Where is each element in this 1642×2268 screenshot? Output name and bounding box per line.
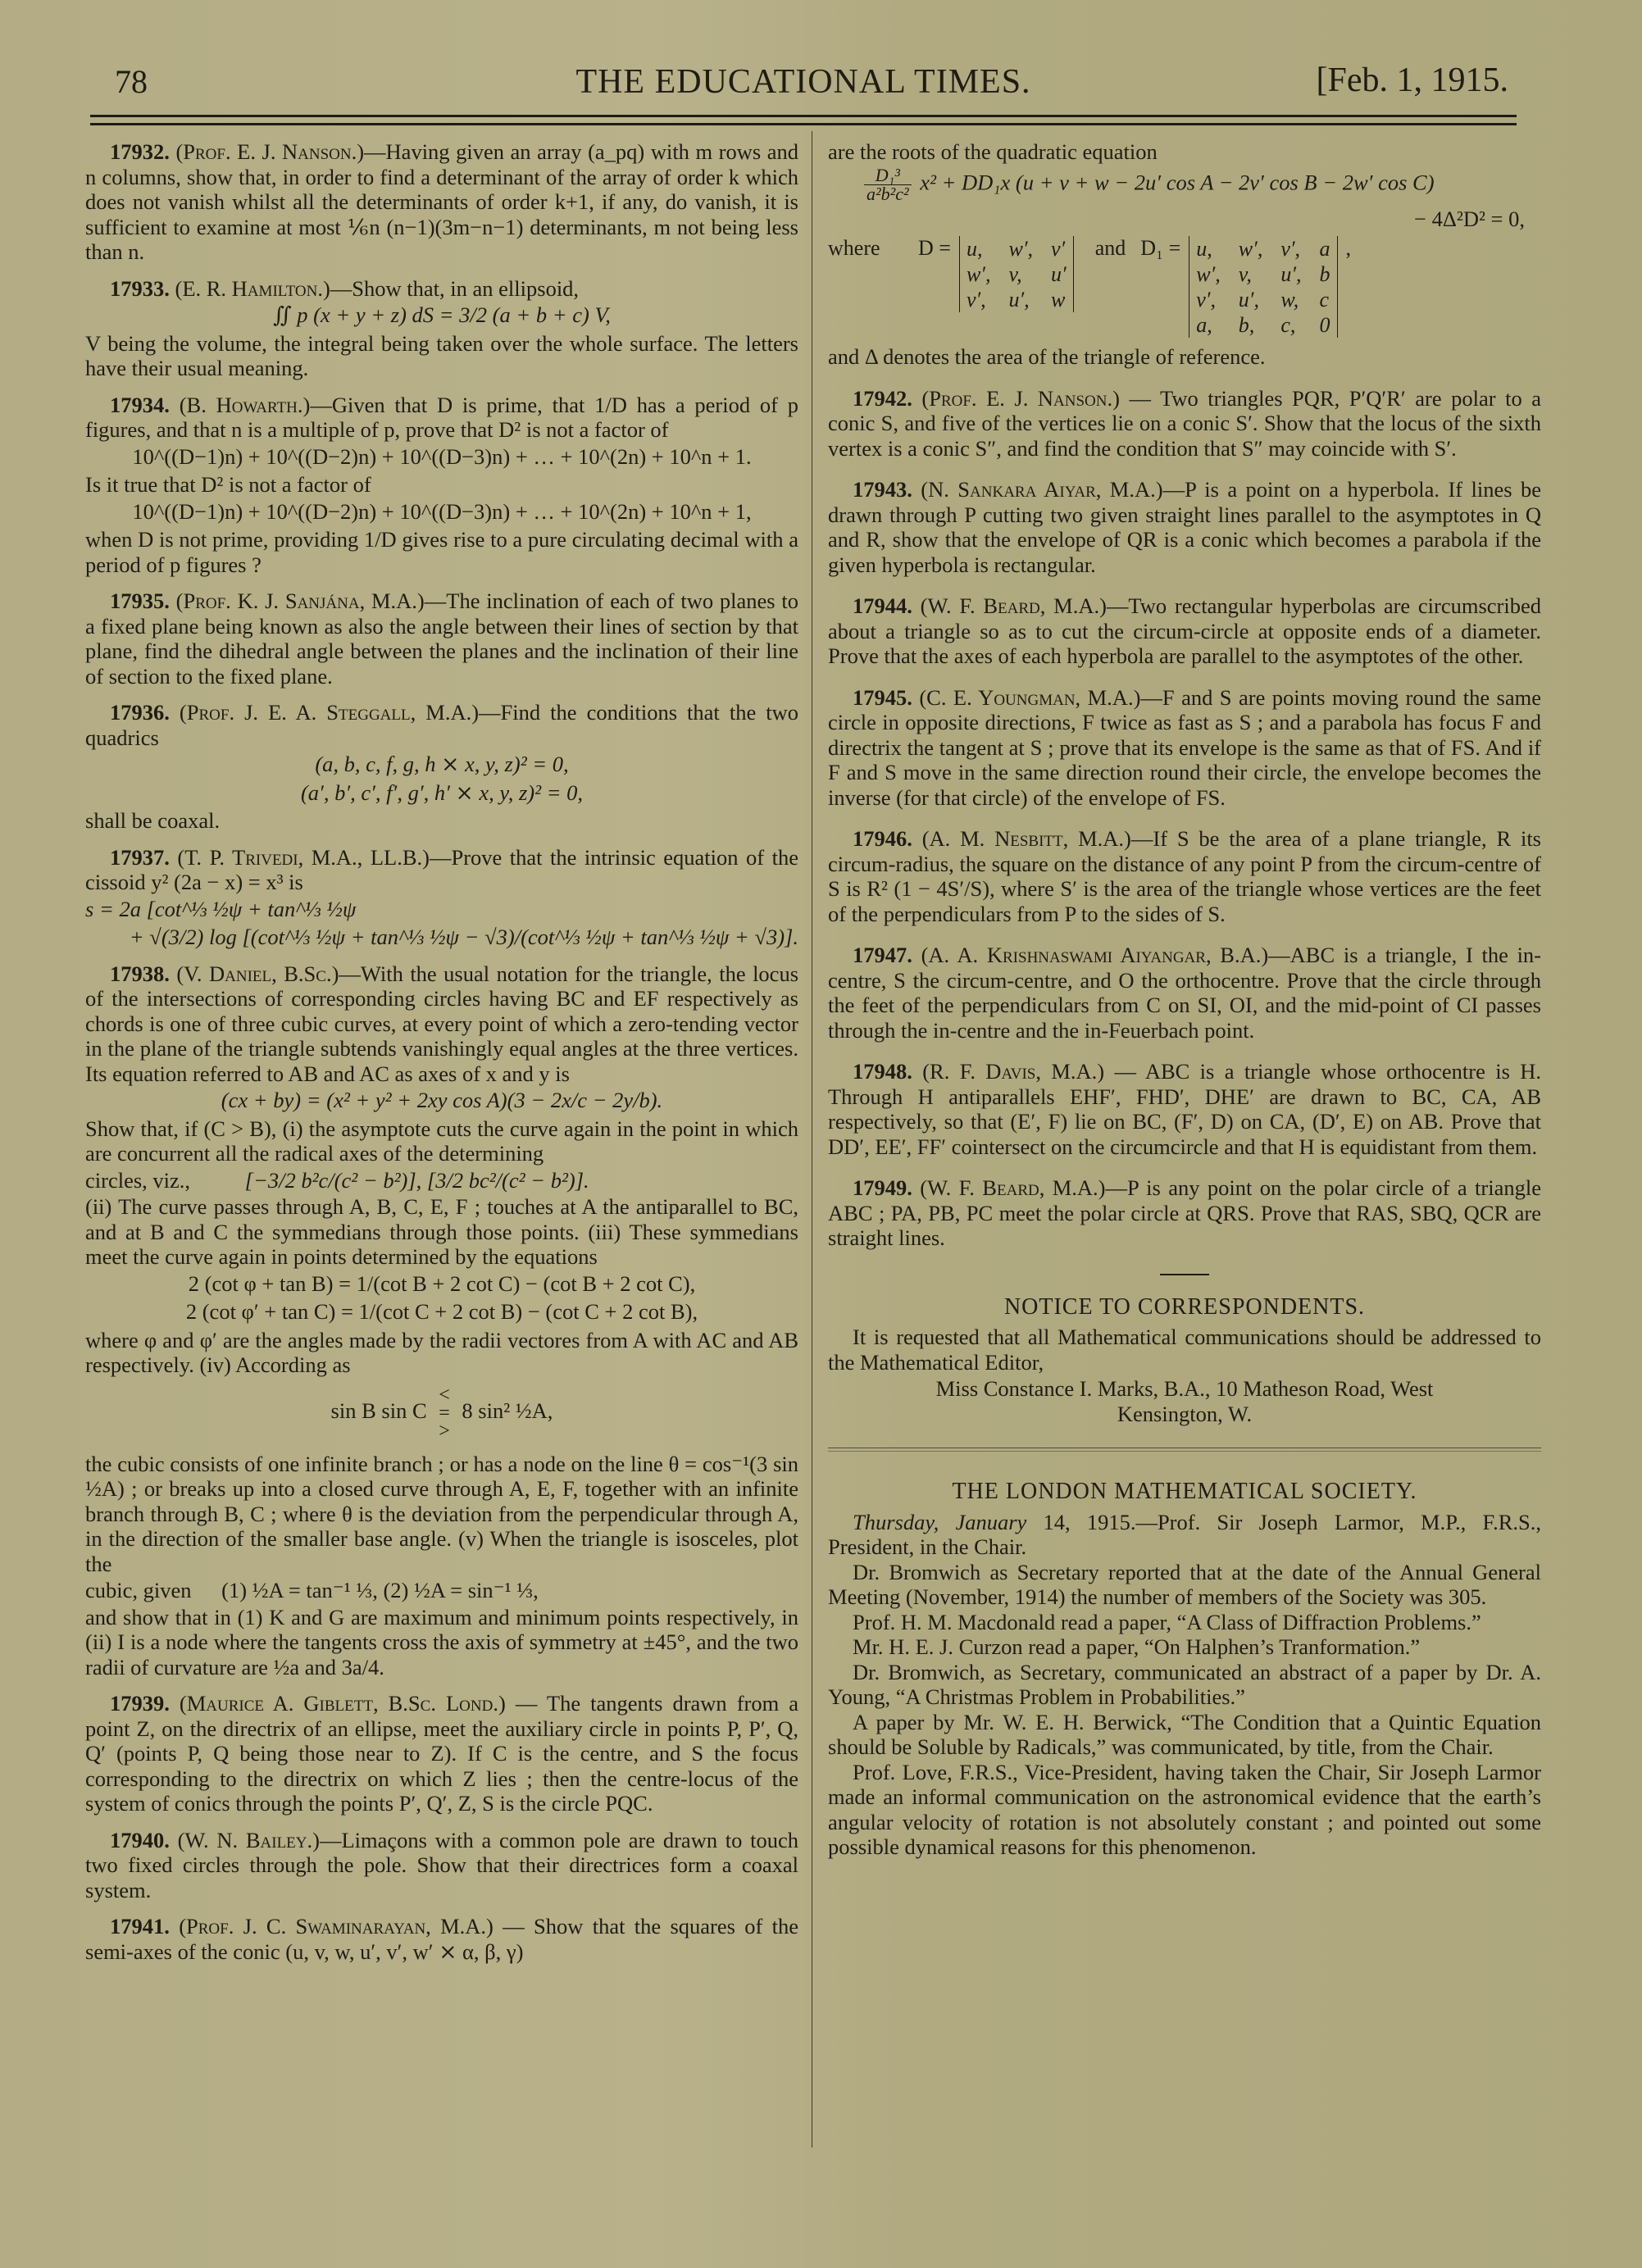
equation: − 4Δ²D² = 0, [828, 207, 1541, 232]
question-number: 17937. [110, 845, 170, 870]
equation: + √(3/2) log [(cot^⅓ ½ψ + tan^⅓ ½ψ − √3)… [85, 925, 798, 950]
question-17946: 17946. (A. M. Nesbitt, M.A.)—If S be the… [828, 826, 1541, 926]
editor-address-line2: Kensington, W. [828, 1402, 1541, 1427]
question-text-continued: shall be coaxal. [85, 808, 798, 834]
determinant-definitions: where D = u, w′, v′ w′, v, u′ v′, u′, w … [828, 236, 1541, 338]
question-17934: 17934. (B. Howarth.)—Given that D is pri… [85, 393, 798, 578]
column-divider [812, 131, 812, 2148]
question-text-continued: V being the volume, the integral being t… [85, 331, 798, 381]
question-text-continued: the cubic consists of one infinite branc… [85, 1452, 798, 1577]
question-17932: 17932. (Prof. E. J. Nanson.)—Having give… [85, 139, 798, 265]
circles-line: circles, viz., [−3/2 b²c/(c² − b²)], [3/… [85, 1168, 798, 1193]
question-number: 17936. [110, 700, 170, 725]
question-17936: 17936. (Prof. J. E. A. Steggall, M.A.)—F… [85, 700, 798, 834]
matrix-cell: u, [967, 236, 991, 261]
question-author: (W. F. Beard, M.A.) [920, 1175, 1105, 1200]
question-number: 17934. [110, 393, 170, 417]
equation: (a′, b′, c′, f′, g′, h′ ⨯ x, y, z)² = 0, [85, 780, 798, 806]
matrix-cell: w [1051, 287, 1067, 312]
section-title: THE LONDON MATHEMATICAL SOCIETY. [828, 1479, 1541, 1505]
determinant-d: u, w′, v′ w′, v, u′ v′, u′, w [959, 236, 1074, 312]
question-text-continued: (ii) The curve passes through A, B, C, E… [85, 1194, 798, 1270]
question-number: 17940. [110, 1828, 170, 1852]
meeting-date: Thursday, January [853, 1510, 1026, 1534]
question-number: 17939. [110, 1691, 170, 1716]
trailing-comma: , [1346, 236, 1352, 261]
paragraph: Dr. Bromwich as Secretary reported that … [828, 1560, 1541, 1610]
question-text-continued: and show that in (1) K and G are maximum… [85, 1605, 798, 1680]
given-label: cubic, given [85, 1578, 192, 1602]
equation: 2 (cot φ + tan B) = 1/(cot B + 2 cot C) … [85, 1271, 798, 1297]
question-author: (Prof. E. J. Nanson.) [175, 139, 364, 164]
question-text: —Show that, in an ellipsoid, [330, 276, 579, 301]
header-rule-second [90, 123, 1517, 125]
notice-text: It is requested that all Mathematical co… [828, 1325, 1541, 1375]
equation: s = 2a [cot^⅓ ½ψ + tan^⅓ ½ψ [85, 897, 798, 922]
editor-address-line1: Miss Constance I. Marks, B.A., 10 Mathes… [828, 1376, 1541, 1402]
question-17941-continued: are the roots of the quadratic equation … [828, 139, 1541, 370]
question-number: 17947. [853, 943, 912, 967]
fraction: D₁³ a²b²c² [864, 166, 912, 203]
where-label: where [828, 236, 918, 261]
question-author: (Prof. K. J. Sanjána, M.A.) [176, 589, 425, 613]
matrix-cell: b [1320, 261, 1330, 287]
less-equal-greater-symbol: <=> [439, 1386, 450, 1440]
question-text-continued: are the roots of the quadratic equation [828, 139, 1541, 165]
given-line: cubic, given (1) ½A = tan⁻¹ ⅓, (2) ½A = … [85, 1578, 798, 1603]
question-17940: 17940. (W. N. Bailey.)—Limaçons with a c… [85, 1828, 798, 1903]
matrix-cell: u′ [1051, 261, 1067, 287]
matrix-cell: v′, [967, 287, 991, 312]
question-number: 17942. [853, 386, 912, 411]
question-author: (N. Sankara Aiyar, M.A.) [921, 477, 1162, 502]
matrix-cell: u′, [1239, 287, 1263, 312]
question-number: 17944. [853, 593, 912, 618]
matrix-cell: w′, [1008, 236, 1033, 261]
fraction-denominator: a²b²c² [864, 185, 912, 203]
question-17948: 17948. (R. F. Davis, M.A.) — ABC is a tr… [828, 1059, 1541, 1159]
question-author: (T. P. Trivedi, M.A., LL.B.) [177, 845, 430, 870]
matrix-cell: v, [1008, 261, 1033, 287]
matrix-cell: v′ [1051, 236, 1067, 261]
question-text-continued: Show that, if (C > B), (i) the asymptote… [85, 1116, 798, 1166]
matrix-cell: w′, [967, 261, 991, 287]
question-17939: 17939. (Maurice A. Giblett, B.Sc. Lond.)… [85, 1691, 798, 1816]
question-author: (W. N. Bailey.) [178, 1828, 320, 1852]
question-17941: 17941. (Prof. J. C. Swaminarayan, M.A.) … [85, 1914, 798, 1964]
question-author: (Prof. J. E. A. Steggall, M.A.) [180, 700, 479, 725]
question-author: (A. M. Nesbitt, M.A.) [922, 826, 1131, 851]
question-17933: 17933. (E. R. Hamilton.)—Show that, in a… [85, 276, 798, 381]
question-text-continued: where φ and φ′ are the angles made by th… [85, 1328, 798, 1378]
issue-date: [Feb. 1, 1915. [1317, 61, 1509, 100]
question-text-continued: and Δ denotes the area of the triangle o… [828, 344, 1541, 370]
question-17937: 17937. (T. P. Trivedi, M.A., LL.B.)—Prov… [85, 845, 798, 950]
question-text-continued: when D is not prime, providing 1/D gives… [85, 527, 798, 577]
matrix-cell: v′, [1196, 287, 1221, 312]
question-number: 17946. [853, 826, 912, 851]
matrix-cell: b, [1239, 312, 1263, 338]
and-label: and [1095, 236, 1126, 261]
question-text-continued: Is it true that D² is not a factor of [85, 472, 798, 498]
question-author: (B. Howarth.) [180, 393, 311, 417]
equation: 10^((D−1)n) + 10^((D−2)n) + 10^((D−3)n) … [85, 444, 798, 470]
question-number: 17941. [110, 1914, 170, 1938]
equation: (1) ½A = tan⁻¹ ⅓, (2) ½A = sin⁻¹ ⅓, [221, 1578, 539, 1602]
equation: 2 (cot φ′ + tan C) = 1/(cot C + 2 cot B)… [85, 1299, 798, 1325]
meeting-date-paragraph: Thursday, January 14, 1915.—Prof. Sir Jo… [828, 1510, 1541, 1560]
question-number: 17948. [853, 1059, 912, 1084]
matrix-cell: u′, [1008, 287, 1033, 312]
question-number: 17949. [853, 1175, 912, 1200]
question-17947: 17947. (A. A. Krishnaswami Aiyangar, B.A… [828, 943, 1541, 1043]
matrix-cell: v′, [1280, 236, 1301, 261]
question-author: (W. F. Beard, M.A.) [921, 593, 1107, 618]
header-rule [90, 115, 1517, 117]
question-author: (R. F. Davis, M.A.) [922, 1059, 1104, 1084]
question-number: 17943. [853, 477, 912, 502]
matrix-cell: u, [1196, 236, 1221, 261]
paragraph: Prof. H. M. Macdonald read a paper, “A C… [828, 1610, 1541, 1635]
matrix-cell: u′, [1280, 261, 1301, 287]
question-author: (Maurice A. Giblett, B.Sc. Lond.) [180, 1691, 506, 1716]
question-17938: 17938. (V. Daniel, B.Sc.)—With the usual… [85, 961, 798, 1680]
paragraph: Mr. H. E. J. Curzon read a paper, “On Ha… [828, 1634, 1541, 1660]
equation-right: 8 sin² ½A, [462, 1398, 553, 1423]
quadratic-equation: D₁³ a²b²c² x² + DD₁x (u + v + w − 2u′ co… [828, 166, 1541, 203]
circles-label: circles, viz., [85, 1168, 190, 1193]
equation: ∬ p (x + y + z) dS = 3/2 (a + b + c) V, [85, 302, 798, 328]
paragraph: Dr. Bromwich, as Secretary, communicated… [828, 1660, 1541, 1710]
left-column: 17932. (Prof. E. J. Nanson.)—Having give… [85, 139, 798, 1975]
question-17935: 17935. (Prof. K. J. Sanjána, M.A.)—The i… [85, 589, 798, 689]
london-mathematical-society: THE LONDON MATHEMATICAL SOCIETY. Thursda… [828, 1479, 1541, 1860]
matrix-cell: c [1320, 287, 1330, 312]
matrix-cell: c, [1280, 312, 1301, 338]
section-divider [828, 1448, 1541, 1452]
equation: 10^((D−1)n) + 10^((D−2)n) + 10^((D−3)n) … [85, 499, 798, 525]
paragraph: Prof. Love, F.R.S., Vice-President, havi… [828, 1760, 1541, 1860]
masthead: 78 THE EDUCATIONAL TIMES. [Feb. 1, 1915. [90, 57, 1517, 107]
equation: (a, b, c, f, g, h ⨯ x, y, z)² = 0, [85, 752, 798, 777]
newspaper-page: 78 THE EDUCATIONAL TIMES. [Feb. 1, 1915.… [0, 0, 1642, 2268]
address-text: Kensington, W. [1117, 1402, 1252, 1426]
equation: x² + DD₁x (u + v + w − 2u′ cos A − 2v′ c… [920, 170, 1434, 194]
question-number: 17945. [853, 685, 912, 710]
question-author: (Prof. E. J. Nanson.) [921, 386, 1120, 411]
matrix-cell: v, [1239, 261, 1263, 287]
fraction-numerator: D₁³ [864, 166, 912, 185]
equation-left: sin B sin C [331, 1398, 427, 1423]
equation: [−3/2 b²c/(c² − b²)], [3/2 bc²/(c² − b²)… [245, 1168, 589, 1193]
question-number: 17933. [110, 276, 170, 301]
section-title: NOTICE TO CORRESPONDENTS. [828, 1295, 1541, 1320]
determinant-d1: u, w′, v′, a w′, v, u′, b v′, u′, w, c a… [1189, 236, 1337, 338]
question-author: (A. A. Krishnaswami Aiyangar, B.A.) [921, 943, 1269, 967]
question-number: 17935. [110, 589, 170, 613]
question-author: (V. Daniel, B.Sc.) [176, 961, 339, 986]
question-author: (C. E. Youngman, M.A.) [919, 685, 1140, 710]
question-17945: 17945. (C. E. Youngman, M.A.)—F and S ar… [828, 685, 1541, 811]
equation: (cx + by) = (x² + y² + 2xy cos A)(3 − 2x… [85, 1088, 798, 1113]
matrix-cell: a, [1196, 312, 1221, 338]
section-separator [1160, 1274, 1209, 1275]
matrix-cell: 0 [1320, 312, 1330, 338]
question-17943: 17943. (N. Sankara Aiyar, M.A.)—P is a p… [828, 477, 1541, 577]
question-17942: 17942. (Prof. E. J. Nanson.) — Two trian… [828, 386, 1541, 461]
inequality-equation: sin B sin C <=> 8 sin² ½A, [85, 1386, 798, 1440]
publication-title: THE EDUCATIONAL TIMES. [90, 62, 1517, 102]
paragraph: A paper by Mr. W. E. H. Berwick, “The Co… [828, 1710, 1541, 1760]
right-column: are the roots of the quadratic equation … [828, 139, 1541, 1860]
question-author: (E. R. Hamilton.) [175, 276, 330, 301]
notice-to-correspondents: NOTICE TO CORRESPONDENTS. It is requeste… [828, 1295, 1541, 1427]
matrix-cell: w, [1280, 287, 1301, 312]
address-text: Miss Constance I. Marks, B.A., 10 Mathes… [936, 1376, 1434, 1401]
question-author: (Prof. J. C. Swaminarayan, M.A.) [179, 1914, 494, 1938]
matrix-cell: a [1320, 236, 1330, 261]
d1-label: D₁ = [1140, 236, 1180, 261]
question-number: 17932. [110, 139, 170, 164]
question-number: 17938. [110, 961, 170, 986]
question-17944: 17944. (W. F. Beard, M.A.)—Two rectangul… [828, 593, 1541, 669]
d-label: D = [918, 236, 951, 261]
matrix-cell: w′, [1239, 236, 1263, 261]
question-17949: 17949. (W. F. Beard, M.A.)—P is any poin… [828, 1175, 1541, 1251]
matrix-cell: w′, [1196, 261, 1221, 287]
